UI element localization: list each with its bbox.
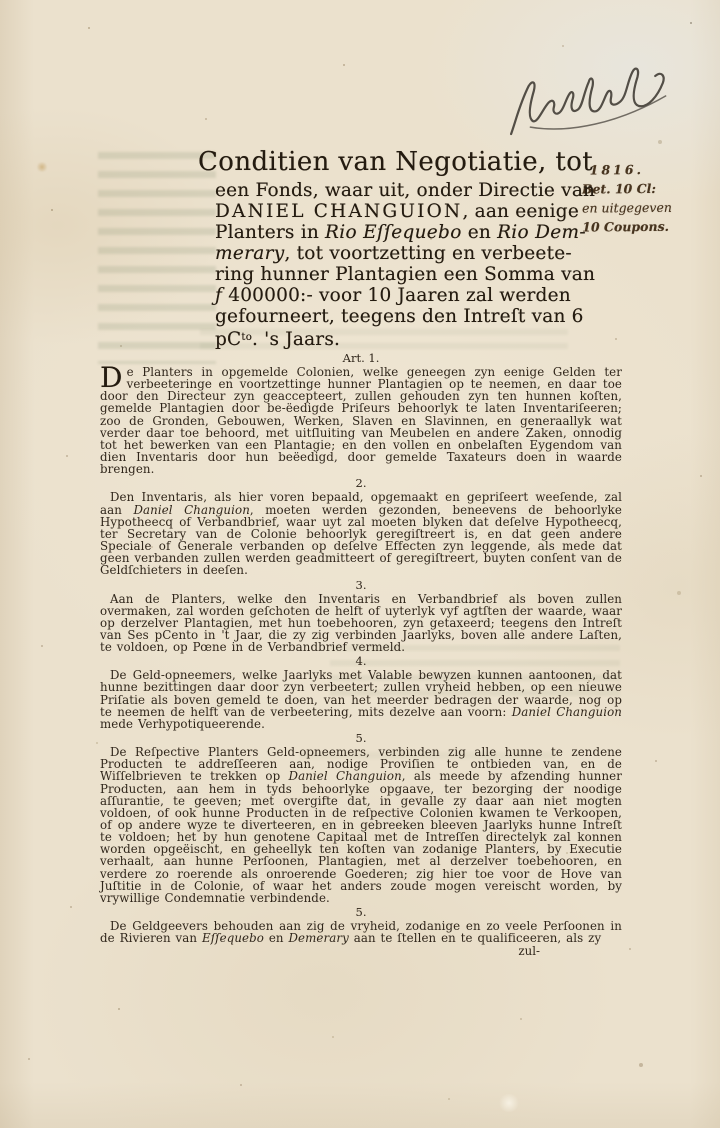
article-4-paragraph: De Geld-opneemers, welke Jaarlyks met Va… xyxy=(100,669,622,730)
paper-specks xyxy=(0,0,2,2)
handwritten-inscription xyxy=(493,41,680,148)
title-line: DANIEL CHANGUION, aan eenige xyxy=(198,201,582,222)
title-line: gefourneert, teegens den Intreſt van 6 xyxy=(198,306,582,327)
coupon-stamp-note: 1816. Bet. 10 Cl: en uitgegeven 10 Coupo… xyxy=(582,159,711,236)
title-line: Planters in Rio Eſſequebo en Rio Dem- xyxy=(198,222,582,243)
catchword: zul- xyxy=(100,945,622,958)
article-4-number: 4. xyxy=(100,655,622,668)
paper-light-spot xyxy=(498,1094,520,1112)
article-6-number: 5. xyxy=(100,906,622,919)
foxing-spot xyxy=(36,162,48,172)
stamp-issued: en uitgegeven xyxy=(582,197,710,217)
title-line: merary, tot voortzetting en verbeete- xyxy=(198,243,582,264)
stamp-year: 1816. xyxy=(582,159,710,179)
article-1-number: Art. 1. xyxy=(100,352,622,365)
stamp-paid: Bet. 10 Cl: xyxy=(582,178,710,198)
article-3-paragraph: Aan de Planters, welke den Inventaris en… xyxy=(100,593,622,654)
document-body: Art. 1. De Planters in opgemelde Colonie… xyxy=(100,350,622,958)
article-5-number: 5. xyxy=(100,732,622,745)
article-6-paragraph: De Geldgeevers behouden aan zig de vryhe… xyxy=(100,920,622,944)
article-3-number: 3. xyxy=(100,579,622,592)
article-1-paragraph: De Planters in opgemelde Colonien, welke… xyxy=(100,366,622,475)
document-page: 1816. Bet. 10 Cl: en uitgegeven 10 Coupo… xyxy=(0,0,720,1128)
title-line: ƒ 400000:- voor 10 Jaaren zal werden xyxy=(198,285,582,306)
article-2-number: 2. xyxy=(100,477,622,490)
stamp-coupons: 10 Coupons. xyxy=(582,216,710,236)
title-line: Conditien van Negotiatie, tot xyxy=(198,147,582,178)
title-line: ring hunner Plantagien een Somma van xyxy=(198,264,582,285)
ink-stroke xyxy=(505,65,668,134)
article-2-paragraph: Den Inventaris, als hier voren bepaald, … xyxy=(100,491,622,576)
article-1-text: e Planters in opgemelde Colonien, welke … xyxy=(100,365,622,476)
drop-cap: D xyxy=(100,366,127,388)
article-5-paragraph: De Reſpective Planters Geld-opneemers, v… xyxy=(100,746,622,904)
title-line: een Fonds, waar uit, onder Directie van xyxy=(198,180,582,201)
document-title: Conditien van Negotiatie, tot een Fonds,… xyxy=(198,147,582,350)
title-line: pCto. 's Jaars. xyxy=(198,327,582,350)
